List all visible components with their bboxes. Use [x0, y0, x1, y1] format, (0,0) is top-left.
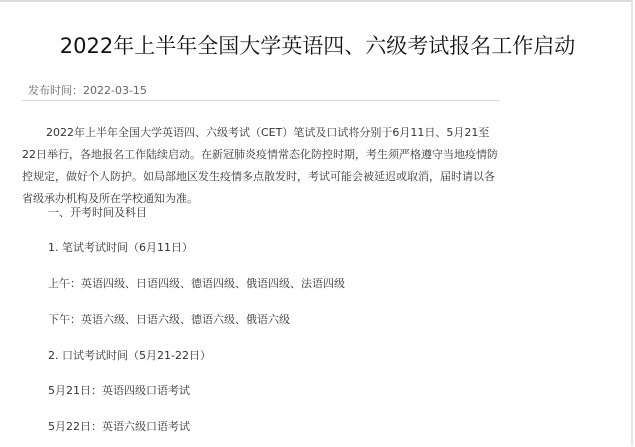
- title-divider: [22, 100, 500, 101]
- schedule-afternoon: 下午：英语六级、日语六级、德语六级、俄语六级: [48, 311, 290, 327]
- article-title: 2022年上半年全国大学英语四、六级考试报名工作启动: [0, 30, 635, 60]
- article-container: 2022年上半年全国大学英语四、六级考试报名工作启动 发布时间：2022-03-…: [0, 0, 633, 446]
- publish-label: 发布时间：: [28, 84, 83, 97]
- schedule-morning: 上午：英语四级、日语四级、德语四级、俄语四级、法语四级: [48, 275, 345, 291]
- publish-date: 2022-03-15: [83, 84, 147, 97]
- subsection-heading-written: 1. 笔试考试时间（6月11日）: [48, 239, 193, 255]
- schedule-oral-day1: 5月21日：英语四级口语考试: [48, 382, 190, 398]
- intro-paragraph: 2022年上半年全国大学英语四、六级考试（CET）笔试及口试将分别于6月11日、…: [22, 122, 502, 210]
- section-heading: 一、开考时间及科目: [48, 204, 147, 220]
- subsection-heading-oral: 2. 口试考试时间（5月21-22日）: [48, 347, 211, 363]
- schedule-oral-day2: 5月22日：英语六级口语考试: [48, 418, 190, 434]
- publish-info: 发布时间：2022-03-15: [28, 82, 147, 98]
